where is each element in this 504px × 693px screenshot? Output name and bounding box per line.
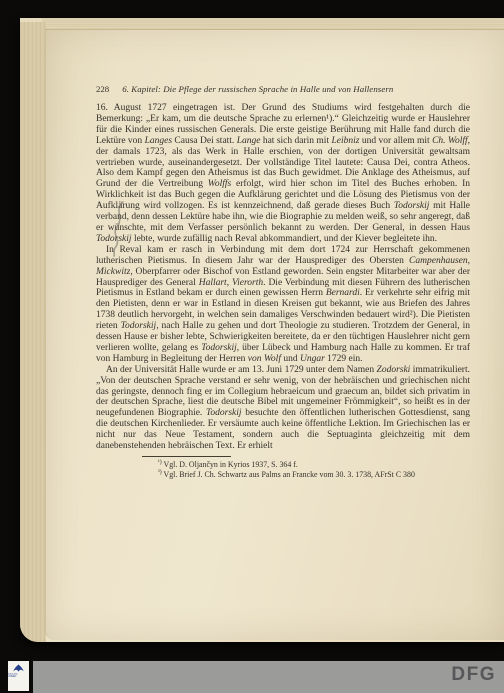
body-text: 16. August 1727 eingetragen ist. Der Gru… [96, 103, 470, 452]
page-edge-stack-left [20, 22, 46, 642]
footnote: ¹) Vgl. D. Oljančyn in Kyrios 1937, S. 3… [158, 460, 470, 470]
paragraph: An der Universität Halle wurde er am 13.… [96, 365, 470, 452]
footer-strip: DFG [33, 661, 504, 693]
paragraph: In Reval kam er rasch in Verbindung mit … [96, 245, 470, 365]
paragraph: 16. August 1727 eingetragen ist. Der Gru… [96, 103, 470, 245]
library-logo-line2: STIFTUNGEN [8, 675, 20, 677]
chapter-running-title: 6. Kapitel: Die Pflege der russischen Sp… [122, 84, 393, 94]
book-page: 228 6. Kapitel: Die Pflege der russische… [20, 18, 504, 642]
dfg-logo: DFG [451, 664, 496, 686]
footnote: ²) Vgl. Brief J. Ch. Schwartz aus Palms … [158, 470, 470, 480]
footnote-rule [142, 456, 231, 457]
page-content: 228 6. Kapitel: Die Pflege der russische… [96, 84, 470, 481]
scan-viewport: 228 6. Kapitel: Die Pflege der russische… [0, 0, 504, 693]
running-head: 228 6. Kapitel: Die Pflege der russische… [96, 84, 470, 94]
footnotes: ¹) Vgl. D. Oljančyn in Kyrios 1937, S. 3… [158, 460, 470, 481]
library-logo-text: FRANCKESCHE STIFTUNGEN [8, 673, 20, 678]
page-number: 228 [96, 84, 109, 94]
library-logo-badge: FRANCKESCHE STIFTUNGEN [8, 661, 29, 691]
library-eagle-icon [12, 663, 25, 673]
